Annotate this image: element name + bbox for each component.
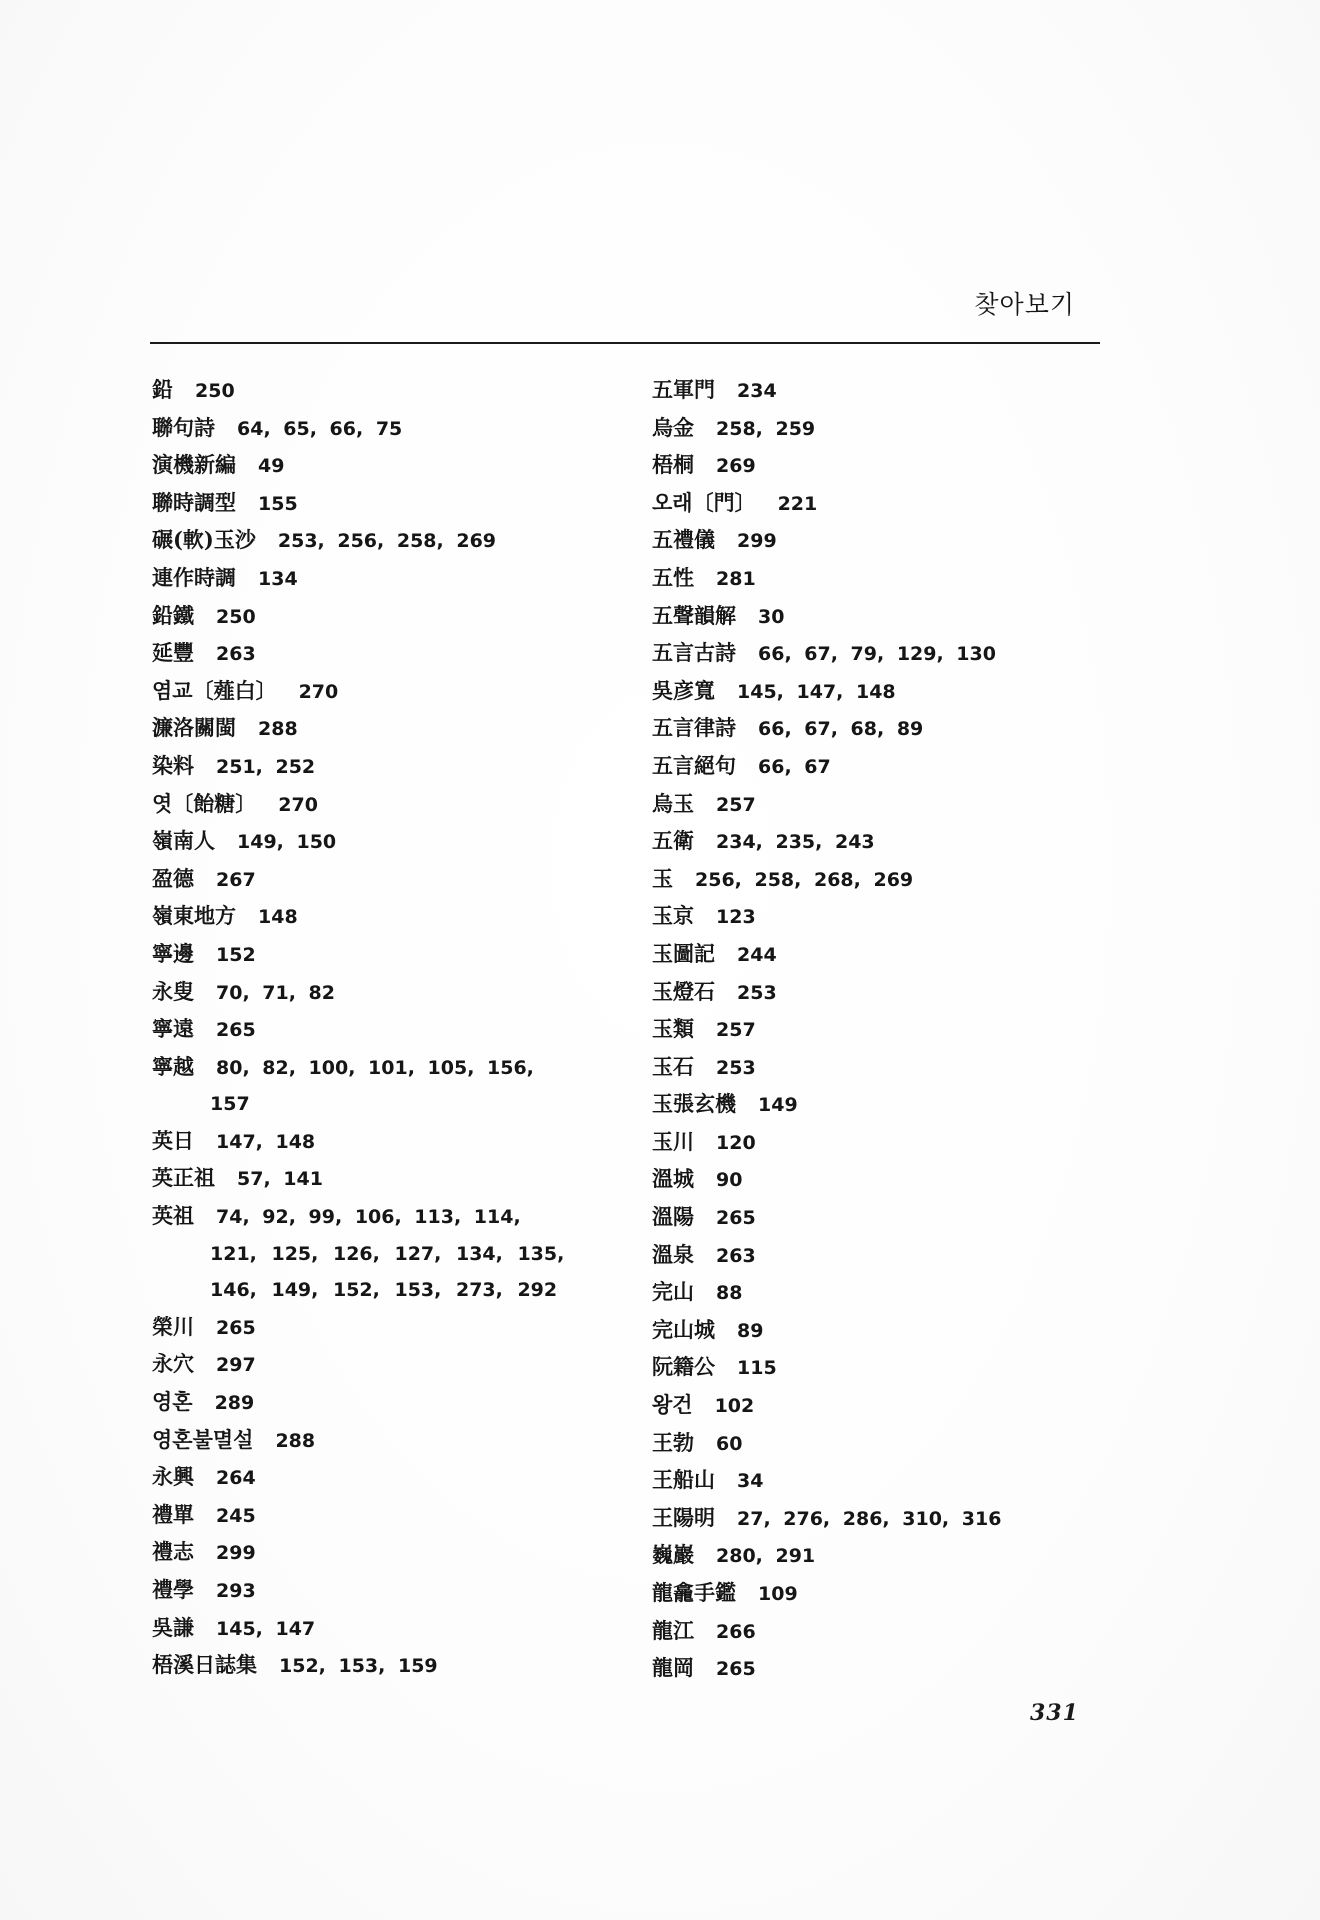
index-entry: 永穴297 bbox=[152, 1346, 622, 1384]
index-term: 梧桐 bbox=[652, 452, 694, 477]
index-entry: 榮川265 bbox=[152, 1309, 622, 1347]
index-entry: 吳彦寬145, 147, 148 bbox=[652, 673, 1122, 711]
index-column-left: 鉛250 聯句詩64, 65, 66, 75 演機新編49 聯時調型155 碾(… bbox=[152, 372, 622, 1685]
index-entry: 烏金258, 259 bbox=[652, 410, 1122, 448]
index-entry: 五軍門234 bbox=[652, 372, 1122, 410]
index-entry: 五言古詩66, 67, 79, 129, 130 bbox=[652, 635, 1122, 673]
index-entry: 聯時調型155 bbox=[152, 485, 622, 523]
index-pages: 265 bbox=[716, 1658, 756, 1680]
index-term: 溫城 bbox=[652, 1166, 694, 1191]
index-pages: 152 bbox=[216, 944, 256, 966]
index-entry: 玉256, 258, 268, 269 bbox=[652, 861, 1122, 899]
index-term: 王陽明 bbox=[652, 1505, 715, 1530]
index-entry: 永興264 bbox=[152, 1459, 622, 1497]
index-pages: 115 bbox=[737, 1357, 777, 1379]
index-pages: 145, 147 bbox=[216, 1618, 315, 1640]
index-entry: 嶺東地方148 bbox=[152, 898, 622, 936]
index-term: 染料 bbox=[152, 753, 194, 778]
index-term: 王勃 bbox=[652, 1430, 694, 1455]
index-pages: 66, 67 bbox=[758, 756, 831, 778]
index-entry: 王陽明27, 276, 286, 310, 316 bbox=[652, 1500, 1122, 1538]
index-term: 龍江 bbox=[652, 1618, 694, 1643]
index-entry: 五言律詩66, 67, 68, 89 bbox=[652, 710, 1122, 748]
index-pages: 257 bbox=[716, 1019, 756, 1041]
index-term: 英祖 bbox=[152, 1203, 194, 1228]
index-pages: 270 bbox=[278, 794, 318, 816]
index-entry: 鉛250 bbox=[152, 372, 622, 410]
index-entry: 英祖74, 92, 99, 106, 113, 114,121, 125, 12… bbox=[152, 1198, 622, 1309]
index-entry: 엿〔飴糖〕270 bbox=[152, 786, 622, 824]
index-term: 五言律詩 bbox=[652, 715, 736, 740]
index-term: 五聲韻解 bbox=[652, 603, 736, 628]
index-pages-continued: 146, 149, 152, 153, 273, 292 bbox=[152, 1272, 622, 1309]
index-term: 엿〔飴糖〕 bbox=[152, 791, 256, 816]
index-term: 烏玉 bbox=[652, 791, 694, 816]
index-term: 龍龕手鑑 bbox=[652, 1580, 736, 1605]
index-term: 聯句詩 bbox=[152, 415, 215, 440]
index-pages: 270 bbox=[299, 681, 339, 703]
index-pages: 49 bbox=[258, 455, 284, 477]
index-entry: 梧溪日誌集152, 153, 159 bbox=[152, 1647, 622, 1685]
index-entry: 玉川120 bbox=[652, 1124, 1122, 1162]
index-pages: 149, 150 bbox=[237, 831, 336, 853]
index-entry: 五聲韻解30 bbox=[652, 598, 1122, 636]
index-pages: 251, 252 bbox=[216, 756, 315, 778]
index-term: 五禮儀 bbox=[652, 527, 715, 552]
index-pages: 64, 65, 66, 75 bbox=[237, 418, 402, 440]
index-entry: 聯句詩64, 65, 66, 75 bbox=[152, 410, 622, 448]
index-pages: 257 bbox=[716, 794, 756, 816]
index-term: 阮籍公 bbox=[652, 1354, 715, 1379]
index-entry: 玉京123 bbox=[652, 898, 1122, 936]
index-entry: 溫城90 bbox=[652, 1161, 1122, 1199]
index-pages: 263 bbox=[716, 1245, 756, 1267]
index-entry: 染料251, 252 bbox=[152, 748, 622, 786]
index-pages: 27, 276, 286, 310, 316 bbox=[737, 1508, 1001, 1530]
index-entry: 玉類257 bbox=[652, 1011, 1122, 1049]
index-term: 玉張玄機 bbox=[652, 1091, 736, 1116]
index-term: 寧遠 bbox=[152, 1016, 194, 1041]
index-entry: 濂洛關閩288 bbox=[152, 710, 622, 748]
index-pages: 263 bbox=[216, 643, 256, 665]
index-entry: 寧越80, 82, 100, 101, 105, 156,157 bbox=[152, 1049, 622, 1123]
index-term: 永叟 bbox=[152, 979, 194, 1004]
index-term: 五言古詩 bbox=[652, 640, 736, 665]
index-term: 五性 bbox=[652, 565, 694, 590]
index-pages: 123 bbox=[716, 906, 756, 928]
index-term: 完山 bbox=[652, 1279, 694, 1304]
index-pages: 250 bbox=[216, 606, 256, 628]
index-pages: 245 bbox=[216, 1505, 256, 1527]
index-pages: 149 bbox=[758, 1094, 798, 1116]
index-term: 오래〔門〕 bbox=[652, 490, 756, 515]
index-entry: 五言絕句66, 67 bbox=[652, 748, 1122, 786]
index-pages: 70, 71, 82 bbox=[216, 982, 335, 1004]
index-term: 永穴 bbox=[152, 1351, 194, 1376]
index-entry: 溫泉263 bbox=[652, 1237, 1122, 1275]
index-entry: 영혼289 bbox=[152, 1384, 622, 1422]
index-column-right: 五軍門234 烏金258, 259 梧桐269 오래〔門〕221 五禮儀299 … bbox=[652, 372, 1122, 1688]
index-term: 永興 bbox=[152, 1464, 194, 1489]
index-term: 演機新編 bbox=[152, 452, 236, 477]
index-entry: 完山88 bbox=[652, 1274, 1122, 1312]
index-term: 巍巖 bbox=[652, 1542, 694, 1567]
index-term: 梧溪日誌集 bbox=[152, 1652, 257, 1677]
index-pages: 66, 67, 68, 89 bbox=[758, 718, 923, 740]
index-entry: 王船山34 bbox=[652, 1462, 1122, 1500]
index-entry: 왕건102 bbox=[652, 1387, 1122, 1425]
index-entry: 王勃60 bbox=[652, 1425, 1122, 1463]
index-term: 濂洛關閩 bbox=[152, 715, 236, 740]
index-pages: 88 bbox=[716, 1282, 742, 1304]
index-term: 禮單 bbox=[152, 1502, 194, 1527]
index-entry: 演機新編49 bbox=[152, 447, 622, 485]
index-term: 榮川 bbox=[152, 1314, 194, 1339]
running-head-title: 찾아보기 bbox=[955, 285, 1075, 321]
index-term: 寧邊 bbox=[152, 941, 194, 966]
index-term: 寧越 bbox=[152, 1054, 194, 1079]
index-pages: 102 bbox=[715, 1395, 755, 1417]
index-pages: 297 bbox=[216, 1354, 256, 1376]
index-term: 吳彦寬 bbox=[652, 678, 715, 703]
index-pages: 265 bbox=[716, 1207, 756, 1229]
index-term: 碾(軟)玉沙 bbox=[152, 527, 256, 552]
index-entry: 禮志299 bbox=[152, 1534, 622, 1572]
index-term: 영혼불멸설 bbox=[152, 1427, 253, 1452]
index-pages: 57, 141 bbox=[237, 1168, 323, 1190]
index-entry: 英日147, 148 bbox=[152, 1123, 622, 1161]
index-pages: 234 bbox=[737, 380, 777, 402]
index-entry: 烏玉257 bbox=[652, 786, 1122, 824]
index-pages: 30 bbox=[758, 606, 784, 628]
index-term: 왕건 bbox=[652, 1392, 693, 1417]
index-entry: 英正祖57, 141 bbox=[152, 1160, 622, 1198]
index-pages: 120 bbox=[716, 1132, 756, 1154]
index-pages: 66, 67, 79, 129, 130 bbox=[758, 643, 996, 665]
index-entry: 嶺南人149, 150 bbox=[152, 823, 622, 861]
index-entry: 連作時調134 bbox=[152, 560, 622, 598]
index-pages: 155 bbox=[258, 493, 298, 515]
index-term: 完山城 bbox=[652, 1317, 715, 1342]
index-pages: 74, 92, 99, 106, 113, 114, bbox=[216, 1206, 521, 1228]
index-entry: 염교〔薤白〕270 bbox=[152, 673, 622, 711]
index-pages: 147, 148 bbox=[216, 1131, 315, 1153]
index-pages: 152, 153, 159 bbox=[279, 1655, 438, 1677]
index-term: 吳謙 bbox=[152, 1615, 194, 1640]
index-entry: 永叟70, 71, 82 bbox=[152, 974, 622, 1012]
index-term: 龍岡 bbox=[652, 1655, 694, 1680]
index-pages: 80, 82, 100, 101, 105, 156, bbox=[216, 1057, 534, 1079]
index-pages: 60 bbox=[716, 1433, 742, 1455]
index-pages: 34 bbox=[737, 1470, 763, 1492]
index-term: 延豐 bbox=[152, 640, 194, 665]
index-term: 盈德 bbox=[152, 866, 194, 891]
index-pages-continued: 157 bbox=[152, 1086, 622, 1123]
index-pages: 266 bbox=[716, 1621, 756, 1643]
index-entry: 鉛鐵250 bbox=[152, 598, 622, 636]
index-entry: 吳謙145, 147 bbox=[152, 1610, 622, 1648]
index-pages: 90 bbox=[716, 1169, 742, 1191]
index-term: 鉛 bbox=[152, 377, 173, 402]
index-entry: 오래〔門〕221 bbox=[652, 485, 1122, 523]
index-pages: 134 bbox=[258, 568, 298, 590]
index-term: 五言絕句 bbox=[652, 753, 736, 778]
index-pages-continued: 121, 125, 126, 127, 134, 135, bbox=[152, 1236, 622, 1273]
index-pages: 256, 258, 268, 269 bbox=[695, 869, 913, 891]
index-term: 溫陽 bbox=[652, 1204, 694, 1229]
index-entry: 五禮儀299 bbox=[652, 522, 1122, 560]
index-term: 영혼 bbox=[152, 1389, 193, 1414]
index-pages: 253 bbox=[716, 1057, 756, 1079]
book-page: 찾아보기 鉛250 聯句詩64, 65, 66, 75 演機新編49 聯時調型1… bbox=[0, 0, 1320, 1920]
index-entry: 禮單245 bbox=[152, 1497, 622, 1535]
index-term: 英正祖 bbox=[152, 1165, 215, 1190]
index-term: 玉石 bbox=[652, 1054, 694, 1079]
index-term: 溫泉 bbox=[652, 1242, 694, 1267]
index-term: 禮學 bbox=[152, 1577, 194, 1602]
index-term: 嶺東地方 bbox=[152, 903, 236, 928]
index-term: 玉類 bbox=[652, 1016, 694, 1041]
index-term: 염교〔薤白〕 bbox=[152, 678, 277, 703]
index-term: 玉川 bbox=[652, 1129, 694, 1154]
index-pages: 280, 291 bbox=[716, 1545, 815, 1567]
index-entry: 玉圖記244 bbox=[652, 936, 1122, 974]
index-entry: 寧邊152 bbox=[152, 936, 622, 974]
index-term: 連作時調 bbox=[152, 565, 236, 590]
index-entry: 玉燈石253 bbox=[652, 974, 1122, 1012]
index-term: 烏金 bbox=[652, 415, 694, 440]
index-term: 玉燈石 bbox=[652, 979, 715, 1004]
index-term: 玉 bbox=[652, 866, 673, 891]
index-entry: 延豐263 bbox=[152, 635, 622, 673]
index-pages: 265 bbox=[216, 1019, 256, 1041]
index-entry: 龍龕手鑑109 bbox=[652, 1575, 1122, 1613]
index-term: 王船山 bbox=[652, 1467, 715, 1492]
index-pages: 288 bbox=[258, 718, 298, 740]
index-pages: 145, 147, 148 bbox=[737, 681, 896, 703]
index-entry: 五衛234, 235, 243 bbox=[652, 823, 1122, 861]
index-pages: 234, 235, 243 bbox=[716, 831, 875, 853]
index-entry: 碾(軟)玉沙253, 256, 258, 269 bbox=[152, 522, 622, 560]
index-pages: 109 bbox=[758, 1583, 798, 1605]
index-pages: 281 bbox=[716, 568, 756, 590]
index-entry: 巍巖280, 291 bbox=[652, 1537, 1122, 1575]
index-pages: 89 bbox=[737, 1320, 763, 1342]
index-entry: 영혼불멸설288 bbox=[152, 1422, 622, 1460]
index-pages: 258, 259 bbox=[716, 418, 815, 440]
index-term: 嶺南人 bbox=[152, 828, 215, 853]
index-pages: 253, 256, 258, 269 bbox=[278, 530, 496, 552]
index-pages: 289 bbox=[215, 1392, 255, 1414]
index-entry: 阮籍公115 bbox=[652, 1349, 1122, 1387]
index-term: 玉京 bbox=[652, 903, 694, 928]
index-entry: 完山城89 bbox=[652, 1312, 1122, 1350]
index-entry: 寧遠265 bbox=[152, 1011, 622, 1049]
index-term: 五衛 bbox=[652, 828, 694, 853]
index-pages: 293 bbox=[216, 1580, 256, 1602]
index-pages: 244 bbox=[737, 944, 777, 966]
header-rule bbox=[150, 342, 1100, 344]
index-entry: 龍岡265 bbox=[652, 1650, 1122, 1688]
index-term: 禮志 bbox=[152, 1539, 194, 1564]
index-pages: 269 bbox=[716, 455, 756, 477]
index-entry: 盈德267 bbox=[152, 861, 622, 899]
index-entry: 梧桐269 bbox=[652, 447, 1122, 485]
index-pages: 265 bbox=[216, 1317, 256, 1339]
index-term: 玉圖記 bbox=[652, 941, 715, 966]
index-pages: 267 bbox=[216, 869, 256, 891]
index-term: 五軍門 bbox=[652, 377, 715, 402]
index-entry: 玉張玄機149 bbox=[652, 1086, 1122, 1124]
index-term: 聯時調型 bbox=[152, 490, 236, 515]
index-entry: 龍江266 bbox=[652, 1613, 1122, 1651]
index-entry: 玉石253 bbox=[652, 1049, 1122, 1087]
index-pages: 288 bbox=[275, 1430, 315, 1452]
index-pages: 250 bbox=[195, 380, 235, 402]
index-pages: 221 bbox=[778, 493, 818, 515]
index-entry: 溫陽265 bbox=[652, 1199, 1122, 1237]
index-entry: 禮學293 bbox=[152, 1572, 622, 1610]
index-pages: 253 bbox=[737, 982, 777, 1004]
page-number: 331 bbox=[1030, 1700, 1079, 1726]
index-pages: 148 bbox=[258, 906, 298, 928]
index-pages: 299 bbox=[216, 1542, 256, 1564]
index-term: 英日 bbox=[152, 1128, 194, 1153]
index-term: 鉛鐵 bbox=[152, 603, 194, 628]
index-pages: 264 bbox=[216, 1467, 256, 1489]
index-entry: 五性281 bbox=[652, 560, 1122, 598]
index-pages: 299 bbox=[737, 530, 777, 552]
